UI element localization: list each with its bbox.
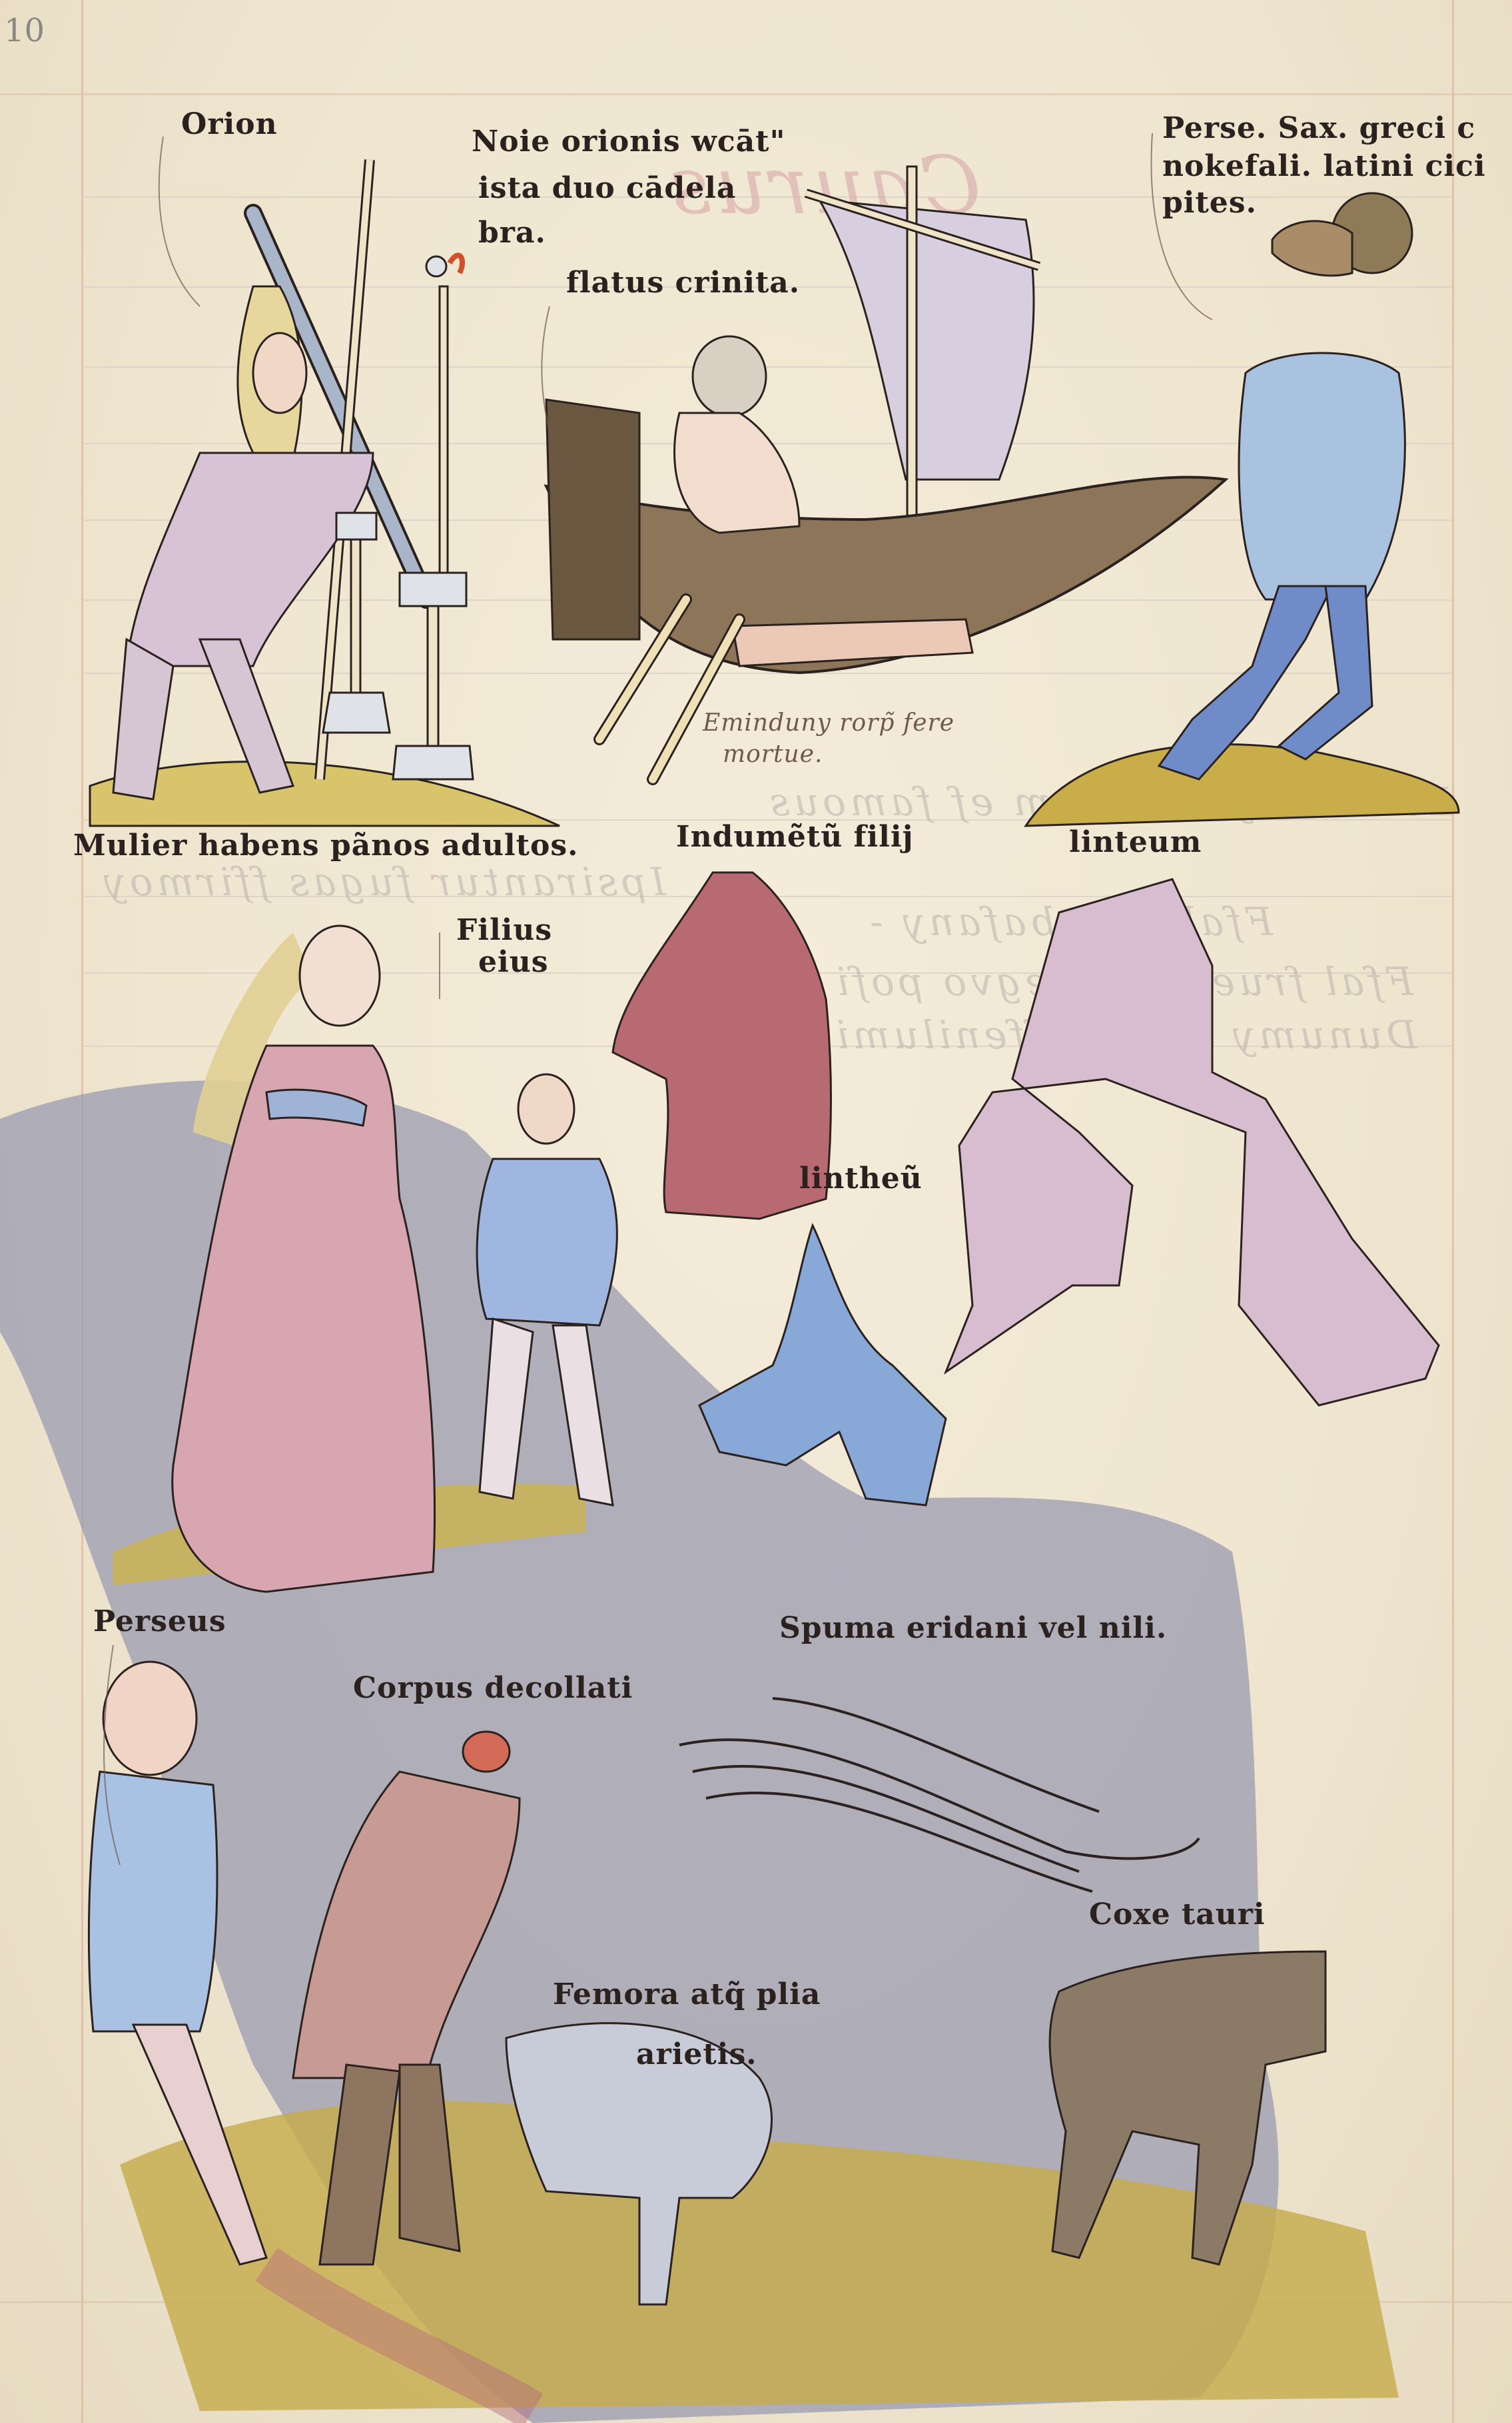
label-indumentum: Indumẽtũ filij bbox=[676, 821, 914, 855]
label-lintheum-small: lintheũ bbox=[799, 1162, 923, 1196]
label-perseus: Perseus bbox=[93, 1605, 226, 1639]
manuscript-page: 10 Caurus Eandem yam figum ef famous Ips… bbox=[0, 0, 1512, 2423]
label-perse-line1: Perse. Sax. greci c bbox=[1162, 112, 1475, 146]
mound-perse bbox=[1026, 745, 1459, 826]
label-corpus-decollati: Corpus decollati bbox=[353, 1672, 633, 1706]
label-filius-line1: Filius bbox=[456, 914, 552, 948]
boat-figure bbox=[546, 167, 1226, 779]
label-linteum: linteum bbox=[1069, 826, 1202, 860]
label-spuma: Spuma eridani vel nili. bbox=[779, 1612, 1167, 1646]
label-orion-note-line1: Noie orionis wcāt" bbox=[472, 125, 785, 159]
orion-figure bbox=[113, 160, 473, 799]
label-flatus-crinita: flatus crinita. bbox=[566, 266, 800, 300]
label-boat-note-line1: Eminduny rorp̃ fere bbox=[703, 709, 954, 737]
label-perse-line2: nokefali. latini cici bbox=[1162, 150, 1486, 184]
label-orion-note-line2: ista duo cādela bbox=[478, 172, 736, 206]
label-coxe-tauri: Coxe tauri bbox=[1089, 1898, 1266, 1932]
label-femora-line1: Femora atq̃ plia bbox=[553, 1978, 821, 2012]
label-femora-line2: arietis. bbox=[636, 2038, 757, 2072]
label-mulier: Mulier habens pãnos adultos. bbox=[73, 829, 578, 863]
red-garment bbox=[613, 872, 831, 1219]
mulier-figure bbox=[173, 926, 435, 1592]
pink-linteum bbox=[946, 879, 1439, 1405]
label-orion-note-line3: bra. bbox=[478, 216, 546, 250]
label-boat-note-line2: mortue. bbox=[723, 741, 823, 768]
label-filius-line2: eius bbox=[478, 946, 548, 980]
label-orion: Orion bbox=[181, 108, 278, 142]
label-perse-line3: pites. bbox=[1162, 186, 1257, 220]
